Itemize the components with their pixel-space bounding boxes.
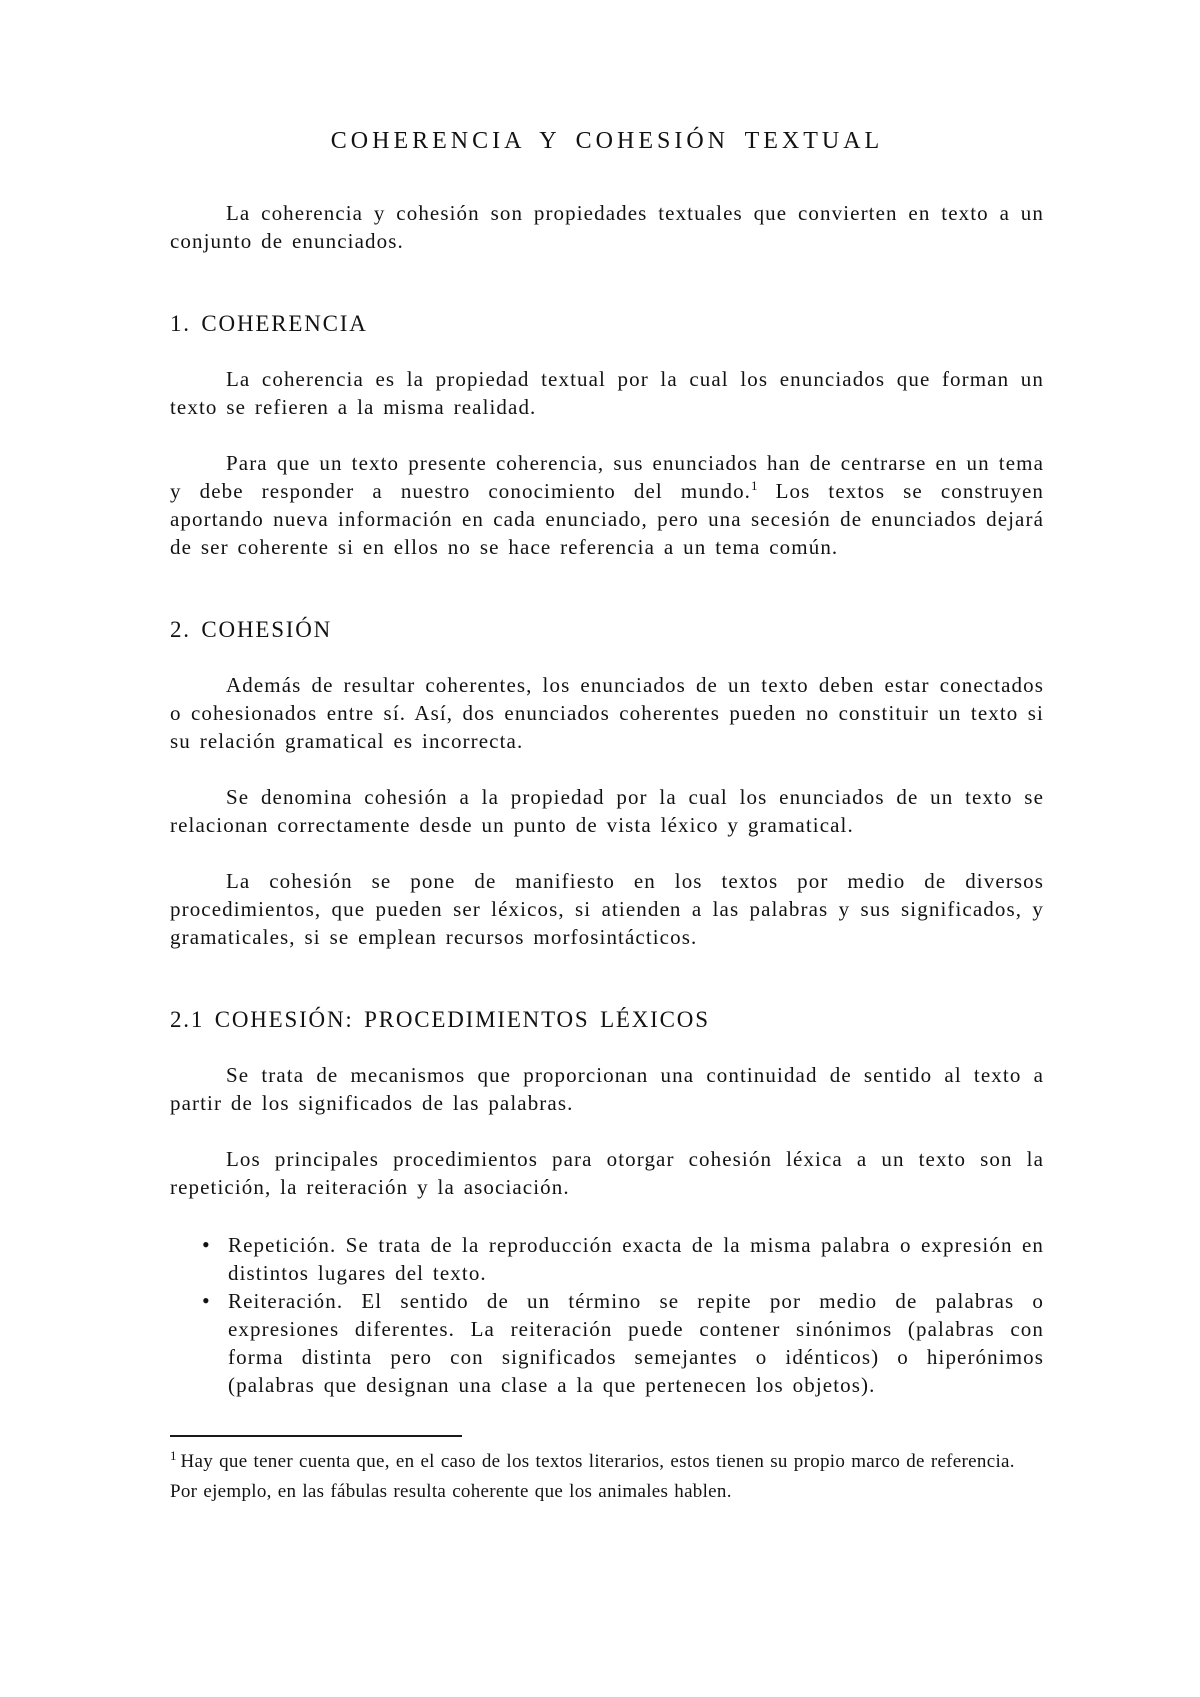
document-title: COHERENCIA Y COHESIÓN TEXTUAL — [170, 128, 1044, 155]
section-2-1-paragraph-2: Los principales procedimientos para otor… — [170, 1145, 1044, 1201]
paragraph-intro: La coherencia y cohesión son propiedades… — [170, 199, 1044, 255]
section-1-paragraph-2: Para que un texto presente coherencia, s… — [170, 449, 1044, 561]
section-2-heading: 2. COHESIÓN — [170, 617, 1044, 643]
section-2-paragraph-2: Se denomina cohesión a la propiedad por … — [170, 783, 1044, 839]
section-2-1-paragraph-1: Se trata de mecanismos que proporcionan … — [170, 1061, 1044, 1117]
section-2-paragraph-1: Además de resultar coherentes, los enunc… — [170, 671, 1044, 755]
list-item-reiteracion: Reiteración. El sentido de un término se… — [228, 1287, 1044, 1399]
section-2-paragraph-3: La cohesión se pone de manifiesto en los… — [170, 867, 1044, 951]
list-item-repeticion: Repetición. Se trata de la reproducción … — [228, 1231, 1044, 1287]
lexical-procedures-list: Repetición. Se trata de la reproducción … — [170, 1231, 1044, 1399]
section-2-1-heading: 2.1 COHESIÓN: PROCEDIMIENTOS LÉXICOS — [170, 1007, 1044, 1033]
footnote: 1Hay que tener cuenta que, en el caso de… — [170, 1447, 1044, 1507]
document-page: COHERENCIA Y COHESIÓN TEXTUAL La coheren… — [0, 0, 1200, 1697]
footnote-number: 1 — [170, 1448, 177, 1463]
section-1-paragraph-1: La coherencia es la propiedad textual po… — [170, 365, 1044, 421]
footnote-separator-rule — [170, 1435, 462, 1437]
section-1-heading: 1. COHERENCIA — [170, 311, 1044, 337]
footnote-text: Hay que tener cuenta que, en el caso de … — [170, 1451, 1015, 1502]
